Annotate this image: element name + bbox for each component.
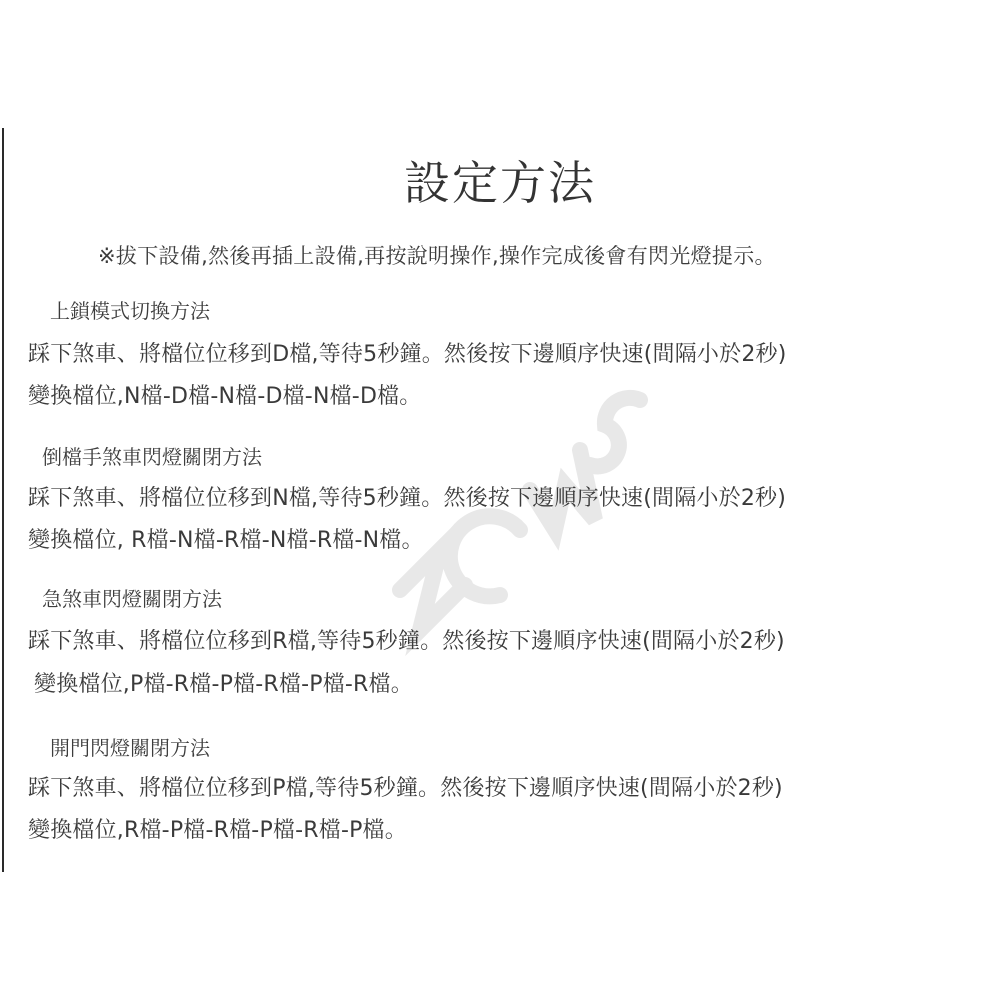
zcws-watermark bbox=[380, 380, 660, 660]
instruction-line: 踩下煞車、將檔位位移到N檔,等待5秒鐘。然後按下邊順序快速(間隔小於2秒) bbox=[28, 482, 786, 516]
instruction-line: 變換檔位,N檔-D檔-N檔-D檔-N檔-D檔。 bbox=[28, 380, 421, 414]
section-heading: 倒檔手煞車閃燈關閉方法 bbox=[42, 442, 262, 472]
instruction-line: 變換檔位,R檔-P檔-R檔-P檔-R檔-P檔。 bbox=[28, 814, 407, 848]
instruction-line: 踩下煞車、將檔位位移到P檔,等待5秒鐘。然後按下邊順序快速(間隔小於2秒) bbox=[28, 772, 783, 806]
instruction-line: 踩下煞車、將檔位位移到R檔,等待5秒鐘。然後按下邊順序快速(間隔小於2秒) bbox=[28, 625, 785, 659]
section-heading: 急煞車閃燈關閉方法 bbox=[42, 584, 222, 614]
left-border-line bbox=[2, 128, 4, 872]
page-title: 設定方法 bbox=[0, 148, 1000, 218]
instruction-line: 變換檔位, R檔-N檔-R檔-N檔-R檔-N檔。 bbox=[28, 524, 424, 558]
setup-notice: ※拔下設備,然後再插上設備,再按說明操作,操作完成後會有閃光燈提示。 bbox=[98, 240, 776, 272]
instruction-line: 變換檔位,P檔-R檔-P檔-R檔-P檔-R檔。 bbox=[34, 668, 413, 702]
section-heading: 開門閃燈關閉方法 bbox=[50, 733, 210, 763]
instruction-line: 踩下煞車、將檔位位移到D檔,等待5秒鐘。然後按下邊順序快速(間隔小於2秒) bbox=[28, 338, 787, 372]
section-heading: 上鎖模式切換方法 bbox=[50, 296, 210, 326]
